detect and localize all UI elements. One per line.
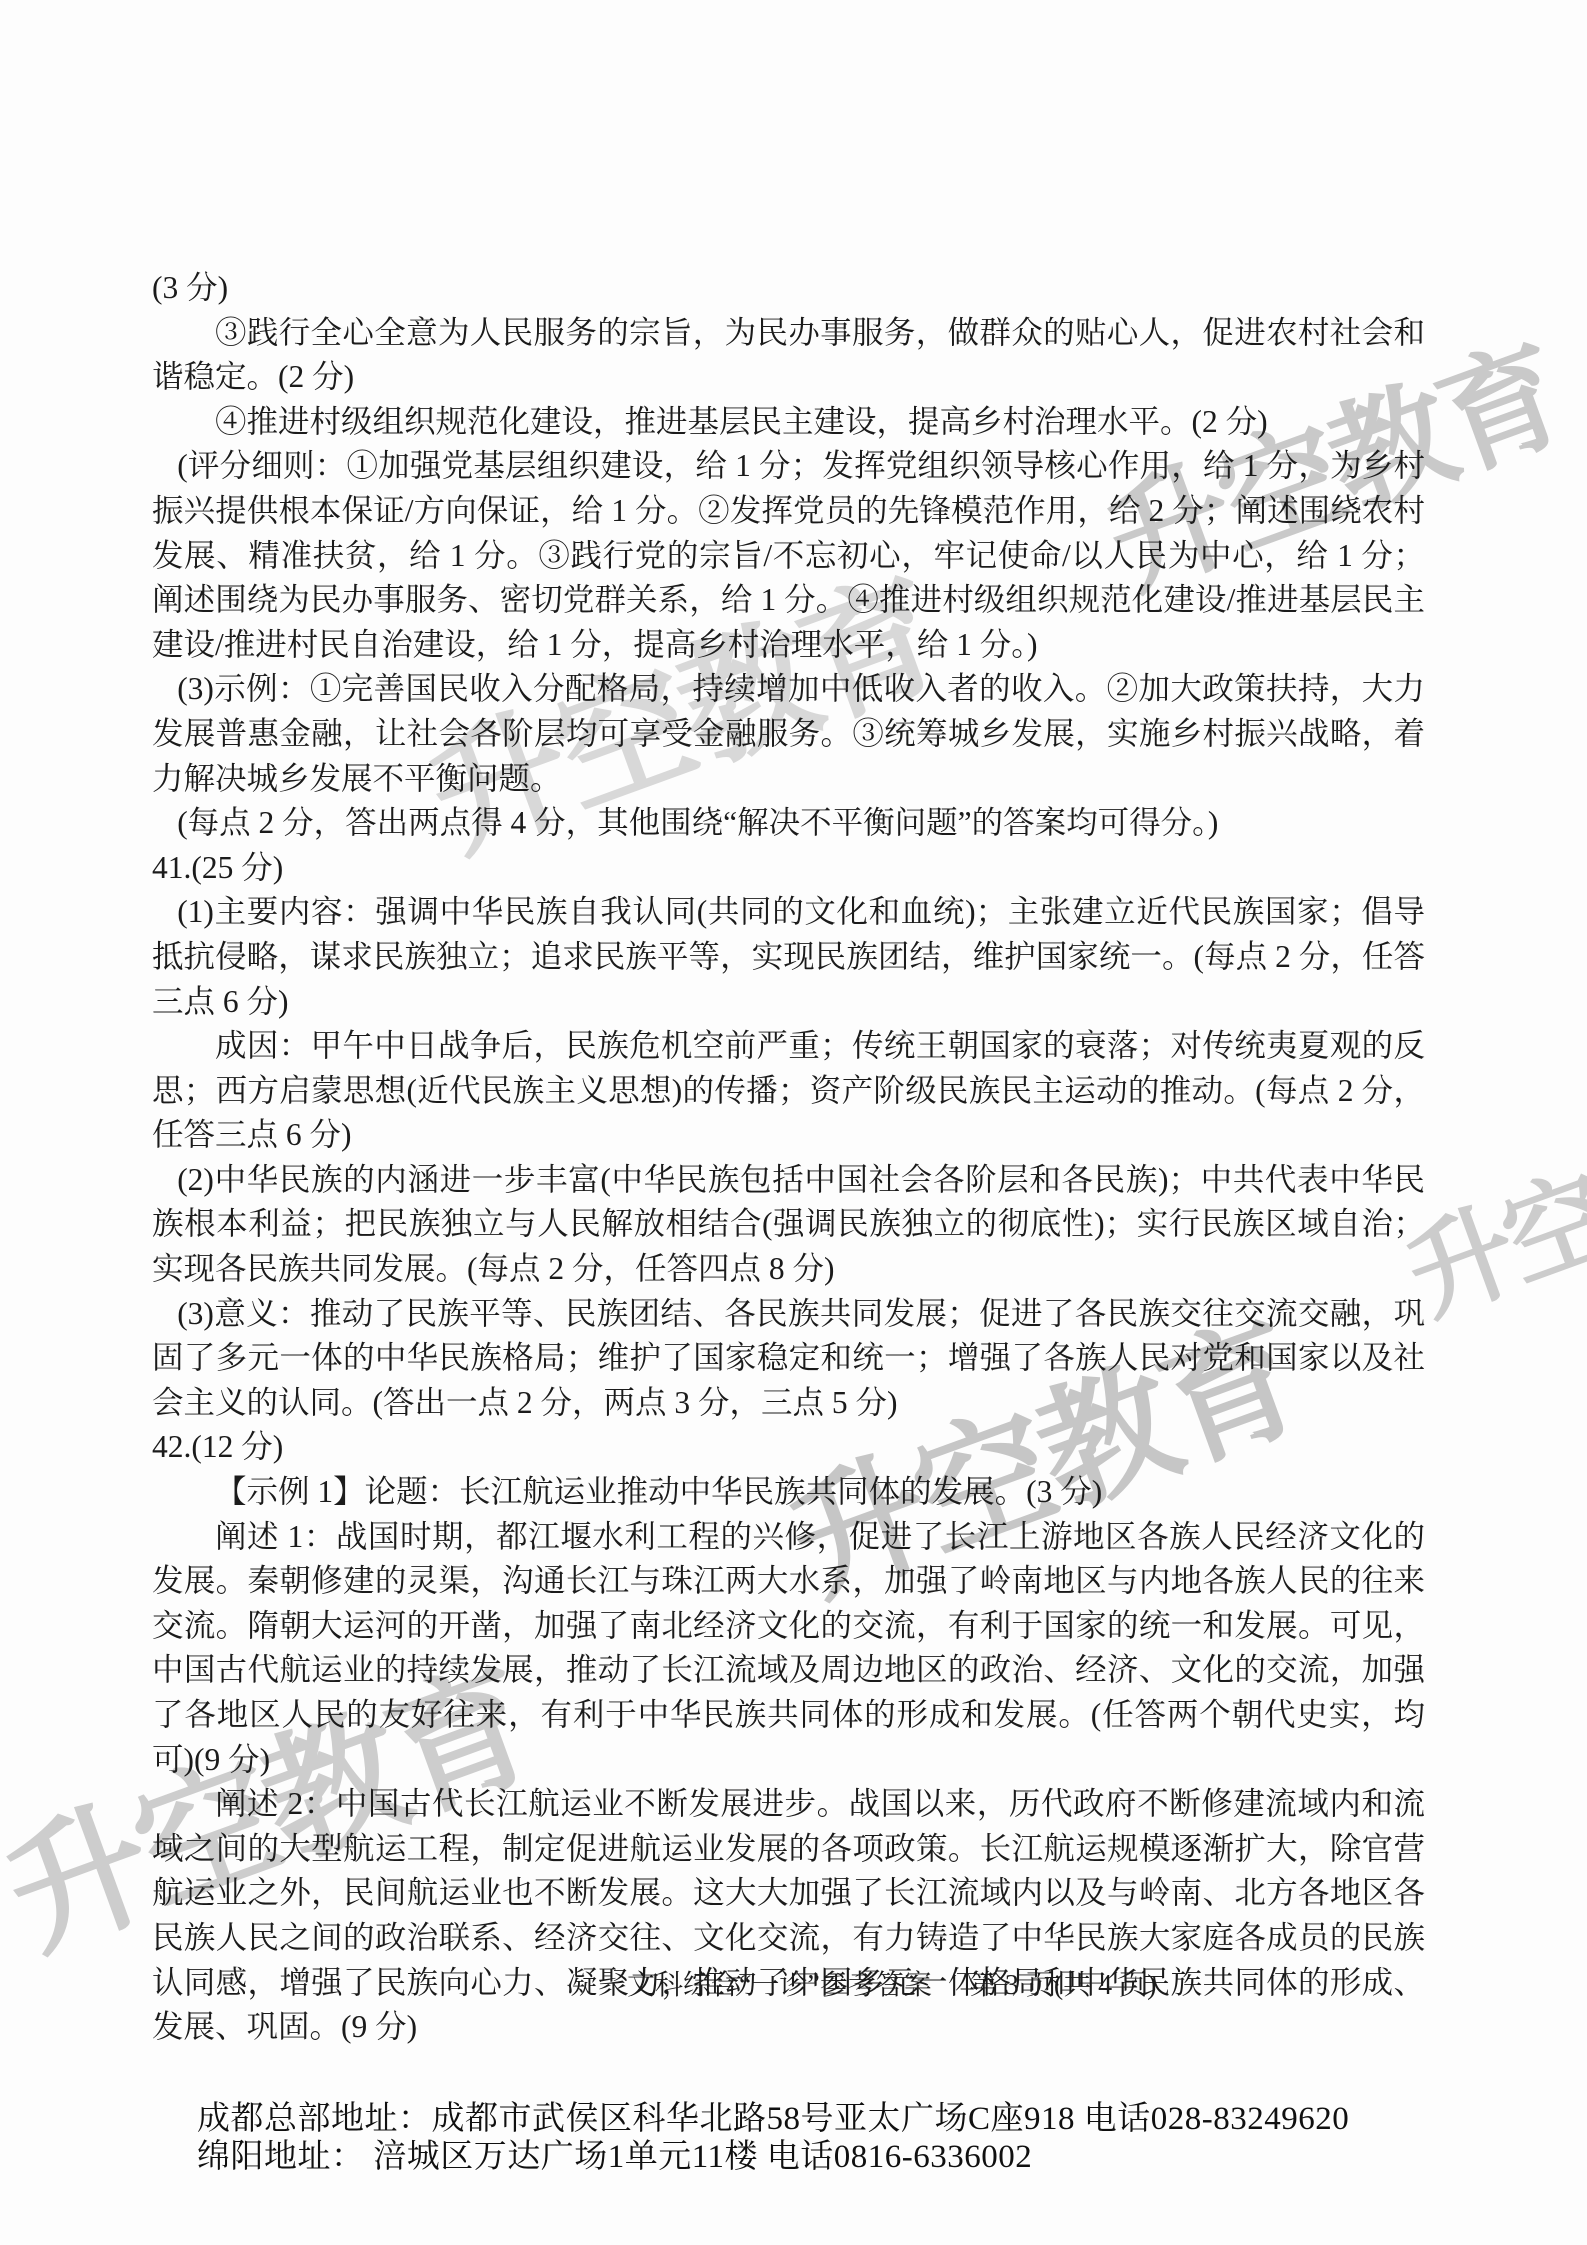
- q41-header: 41.(25 分): [152, 846, 1425, 891]
- answer-point-3: ③践行全心全意为人民服务的宗旨，为民办事服务，做群众的贴心人，促进农村社会和谐稳…: [152, 311, 1425, 400]
- q41-1-causes: 成因：甲午中日战争后，民族危机空前严重；传统王朝国家的衰落；对传统夷夏观的反思；…: [152, 1024, 1425, 1158]
- q41-3-significance: (3)意义：推动了民族平等、民族团结、各民族共同发展；促进了各民族交往交流交融，…: [152, 1292, 1425, 1426]
- address-block: 成都总部地址：成都市武侯区科华北路58号亚太广场C座918 电话028-8324…: [197, 2100, 1349, 2176]
- answer-body: (3 分) ③践行全心全意为人民服务的宗旨，为民办事服务，做群众的贴心人，促进农…: [152, 266, 1425, 2050]
- address-mianyang: 绵阳地址： 涪城区万达广场1单元11楼 电话0816-6336002: [197, 2138, 1349, 2176]
- footer-page-number: 第 3 页(共 4 页): [970, 1970, 1157, 2001]
- q42-exposition-1: 阐述 1：战国时期，都江堰水利工程的兴修，促进了长江上游地区各族人民经济文化的发…: [152, 1515, 1425, 1783]
- grading-rubric-note: (评分细则：①加强党基层组织建设，给 1 分；发挥党组织领导核心作用，给 1 分…: [152, 444, 1425, 667]
- footer-doc-title: 文科综合“一诊”参考答案: [627, 1970, 932, 2001]
- address-chengdu: 成都总部地址：成都市武侯区科华北路58号亚太广场C座918 电话028-8324…: [197, 2100, 1349, 2138]
- q41-1-main-content: (1)主要内容：强调中华民族自我认同(共同的文化和血统)；主张建立近代民族国家；…: [152, 890, 1425, 1024]
- answer-point-4: ④推进村级组织规范化建设，推进基层民主建设，提高乡村治理水平。(2 分): [152, 400, 1425, 445]
- answer-sheet-page: 升空教育 升空教育 升空教育 升空教育 升空教育 (3 分) ③践行全心全意为人…: [0, 0, 1587, 2245]
- q42-header: 42.(12 分): [152, 1425, 1425, 1470]
- page-footer: 文科综合“一诊”参考答案第 3 页(共 4 页): [627, 1963, 1157, 2003]
- q40-3-answer-example: (3)示例：①完善国民收入分配格局，持续增加中低收入者的收入。②加大政策扶持，大…: [152, 667, 1425, 801]
- q40-3-score-note: (每点 2 分，答出两点得 4 分，其他围绕“解决不平衡问题”的答案均可得分。): [152, 801, 1425, 846]
- q42-exposition-2: 阐述 2：中国古代长江航运业不断发展进步。战国以来，历代政府不断修建流域内和流域…: [152, 1782, 1425, 2050]
- score-note-3pts: (3 分): [152, 266, 1425, 311]
- q41-2-answer: (2)中华民族的内涵进一步丰富(中华民族包括中国社会各阶层和各民族)；中共代表中…: [152, 1158, 1425, 1292]
- q42-example1-thesis: 【示例 1】论题：长江航运业推动中华民族共同体的发展。(3 分): [152, 1470, 1425, 1515]
